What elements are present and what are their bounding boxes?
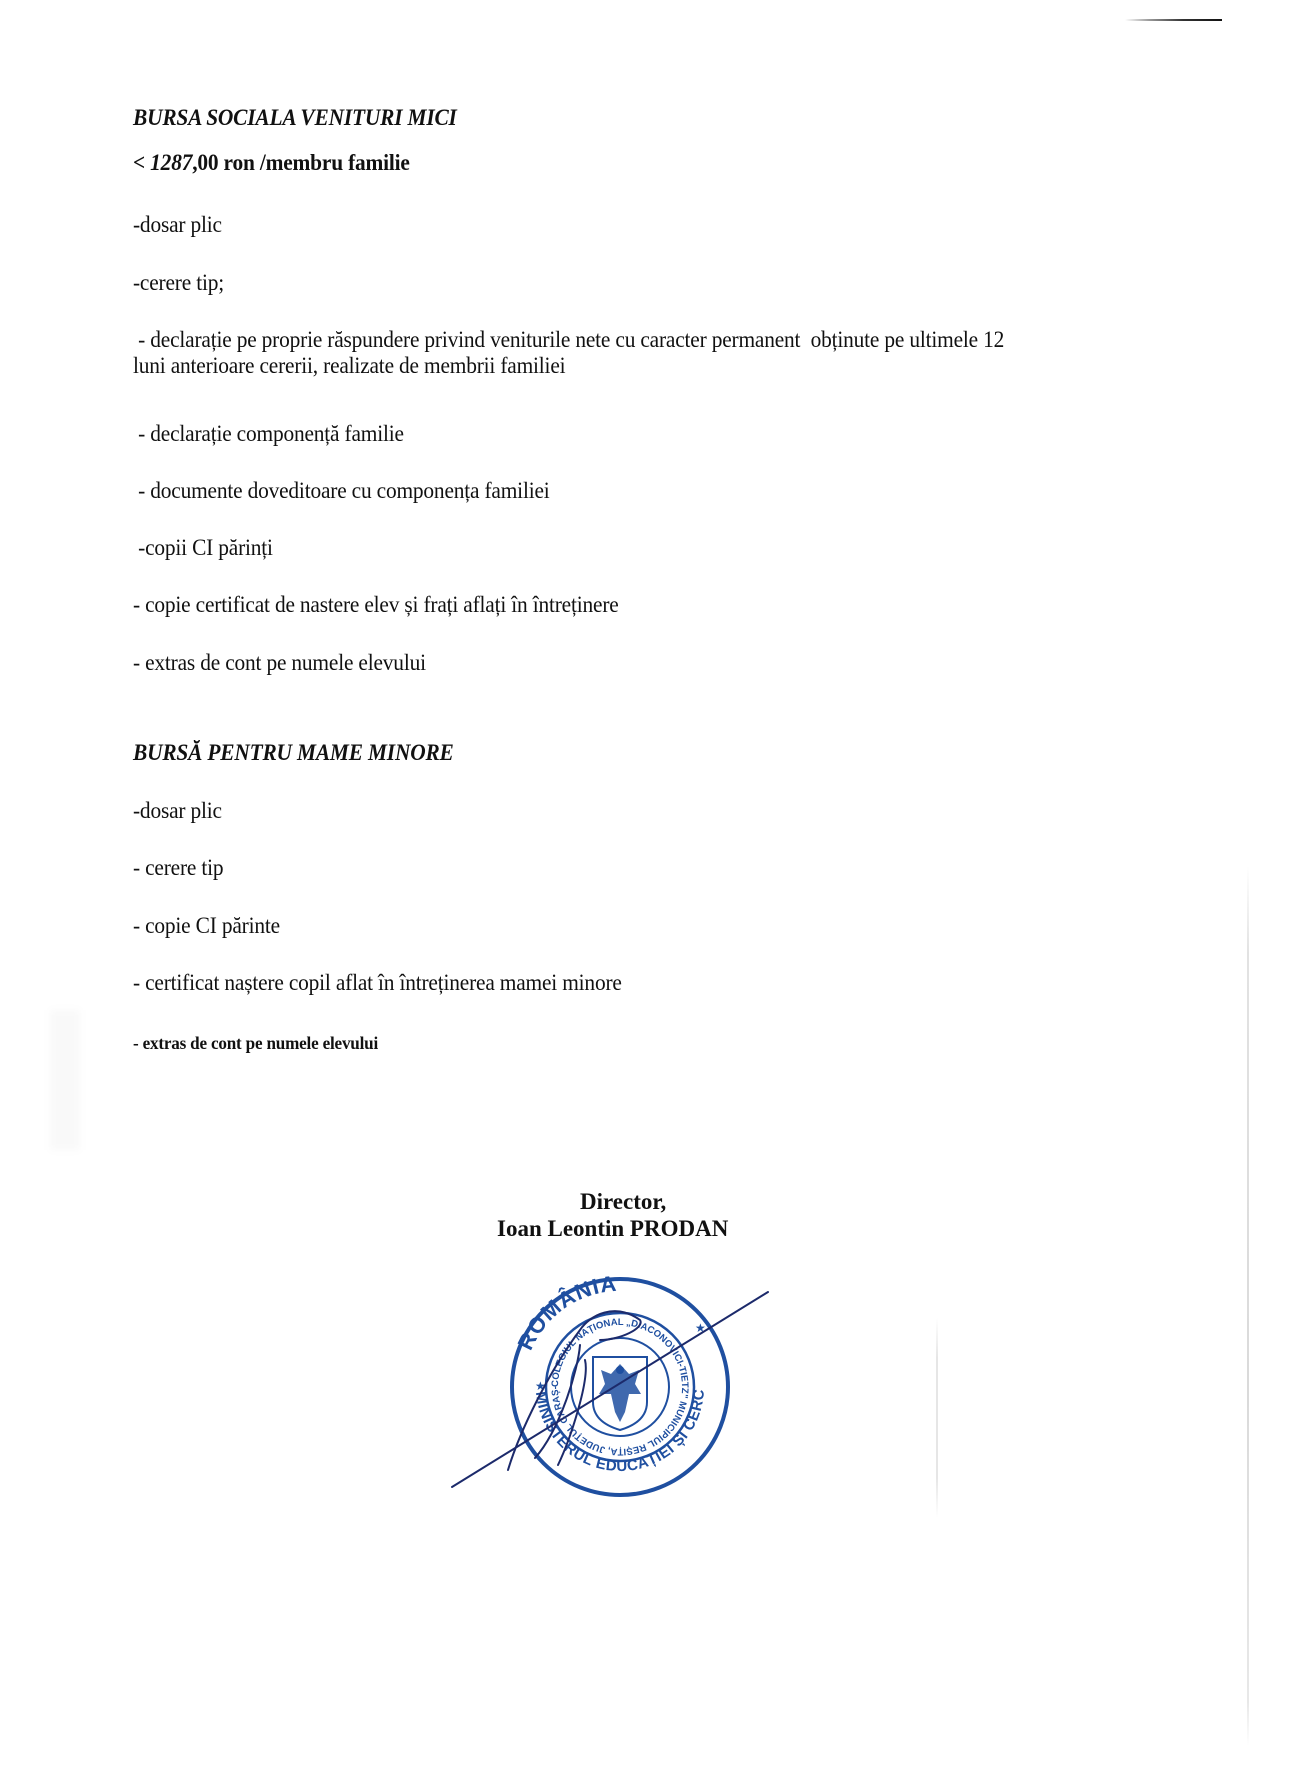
scan-artifact-smudge [50,1010,80,1150]
requirement-item: - certificat naștere copil aflat în într… [133,970,622,996]
section-heading-minor-mothers: BURSĂ PENTRU MAME MINORE [133,740,454,766]
requirement-item: - cerere tip [133,855,223,881]
requirement-item: - extras de cont pe numele elevului [133,1030,378,1056]
requirement-item: - declarație componență familie [133,421,404,447]
requirement-item: -dosar plic [133,798,222,824]
requirement-item: -dosar plic [133,212,222,238]
requirement-item: -cerere tip; [133,270,224,296]
threshold-suffix: ,00 ron /membru familie [192,150,410,175]
threshold-prefix: < [133,150,150,175]
income-threshold: < 1287,00 ron /membru familie [133,150,410,176]
signature-name: Ioan Leontin PRODAN [497,1215,728,1242]
document-page: BURSA SOCIALA VENITURI MICI < 1287,00 ro… [0,0,1289,1788]
requirement-item: - extras de cont pe numele elevului [133,650,426,676]
requirement-item: - documente doveditoare cu componența fa… [133,478,550,504]
signature-title: Director, [580,1188,666,1215]
scan-artifact-line [936,1318,938,1518]
section-heading-social-scholarship: BURSA SOCIALA VENITURI MICI [133,105,457,131]
scan-artifact-line [1125,19,1222,21]
scan-artifact-line [1247,866,1249,1746]
requirement-item: - declarație pe proprie răspundere privi… [133,327,1026,379]
threshold-amount: 1287 [150,150,192,175]
requirement-item: - copie certificat de nastere elev și fr… [133,592,619,618]
requirement-item: - copie CI părinte [133,913,280,939]
handwritten-signature [440,1280,780,1500]
requirement-item: -copii CI părinți [133,535,273,561]
